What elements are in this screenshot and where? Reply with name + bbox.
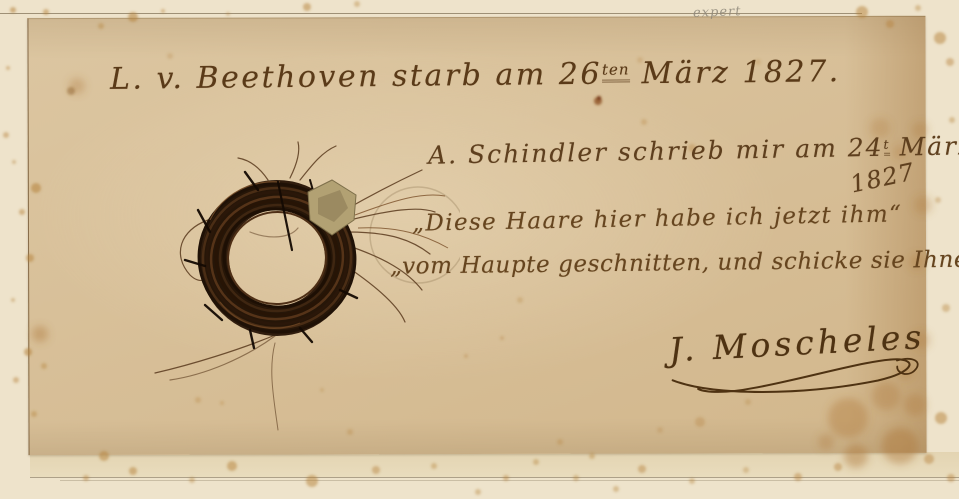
photograph-of-manuscript-note: L. v. Beethoven starb am 26ten März 1827… [0,0,959,499]
line1-superscript: ten [602,60,630,82]
hair-lock-icon [150,140,460,450]
line1-text-end: März 1827. [629,54,841,91]
line2-text-end: März [889,131,959,161]
signature-flourish [640,314,944,415]
signature-block: J. Moscheles [640,314,944,415]
line1-text: L. v. Beethoven starb am 26 [110,57,602,97]
pencil-annotation: expert [693,4,742,21]
